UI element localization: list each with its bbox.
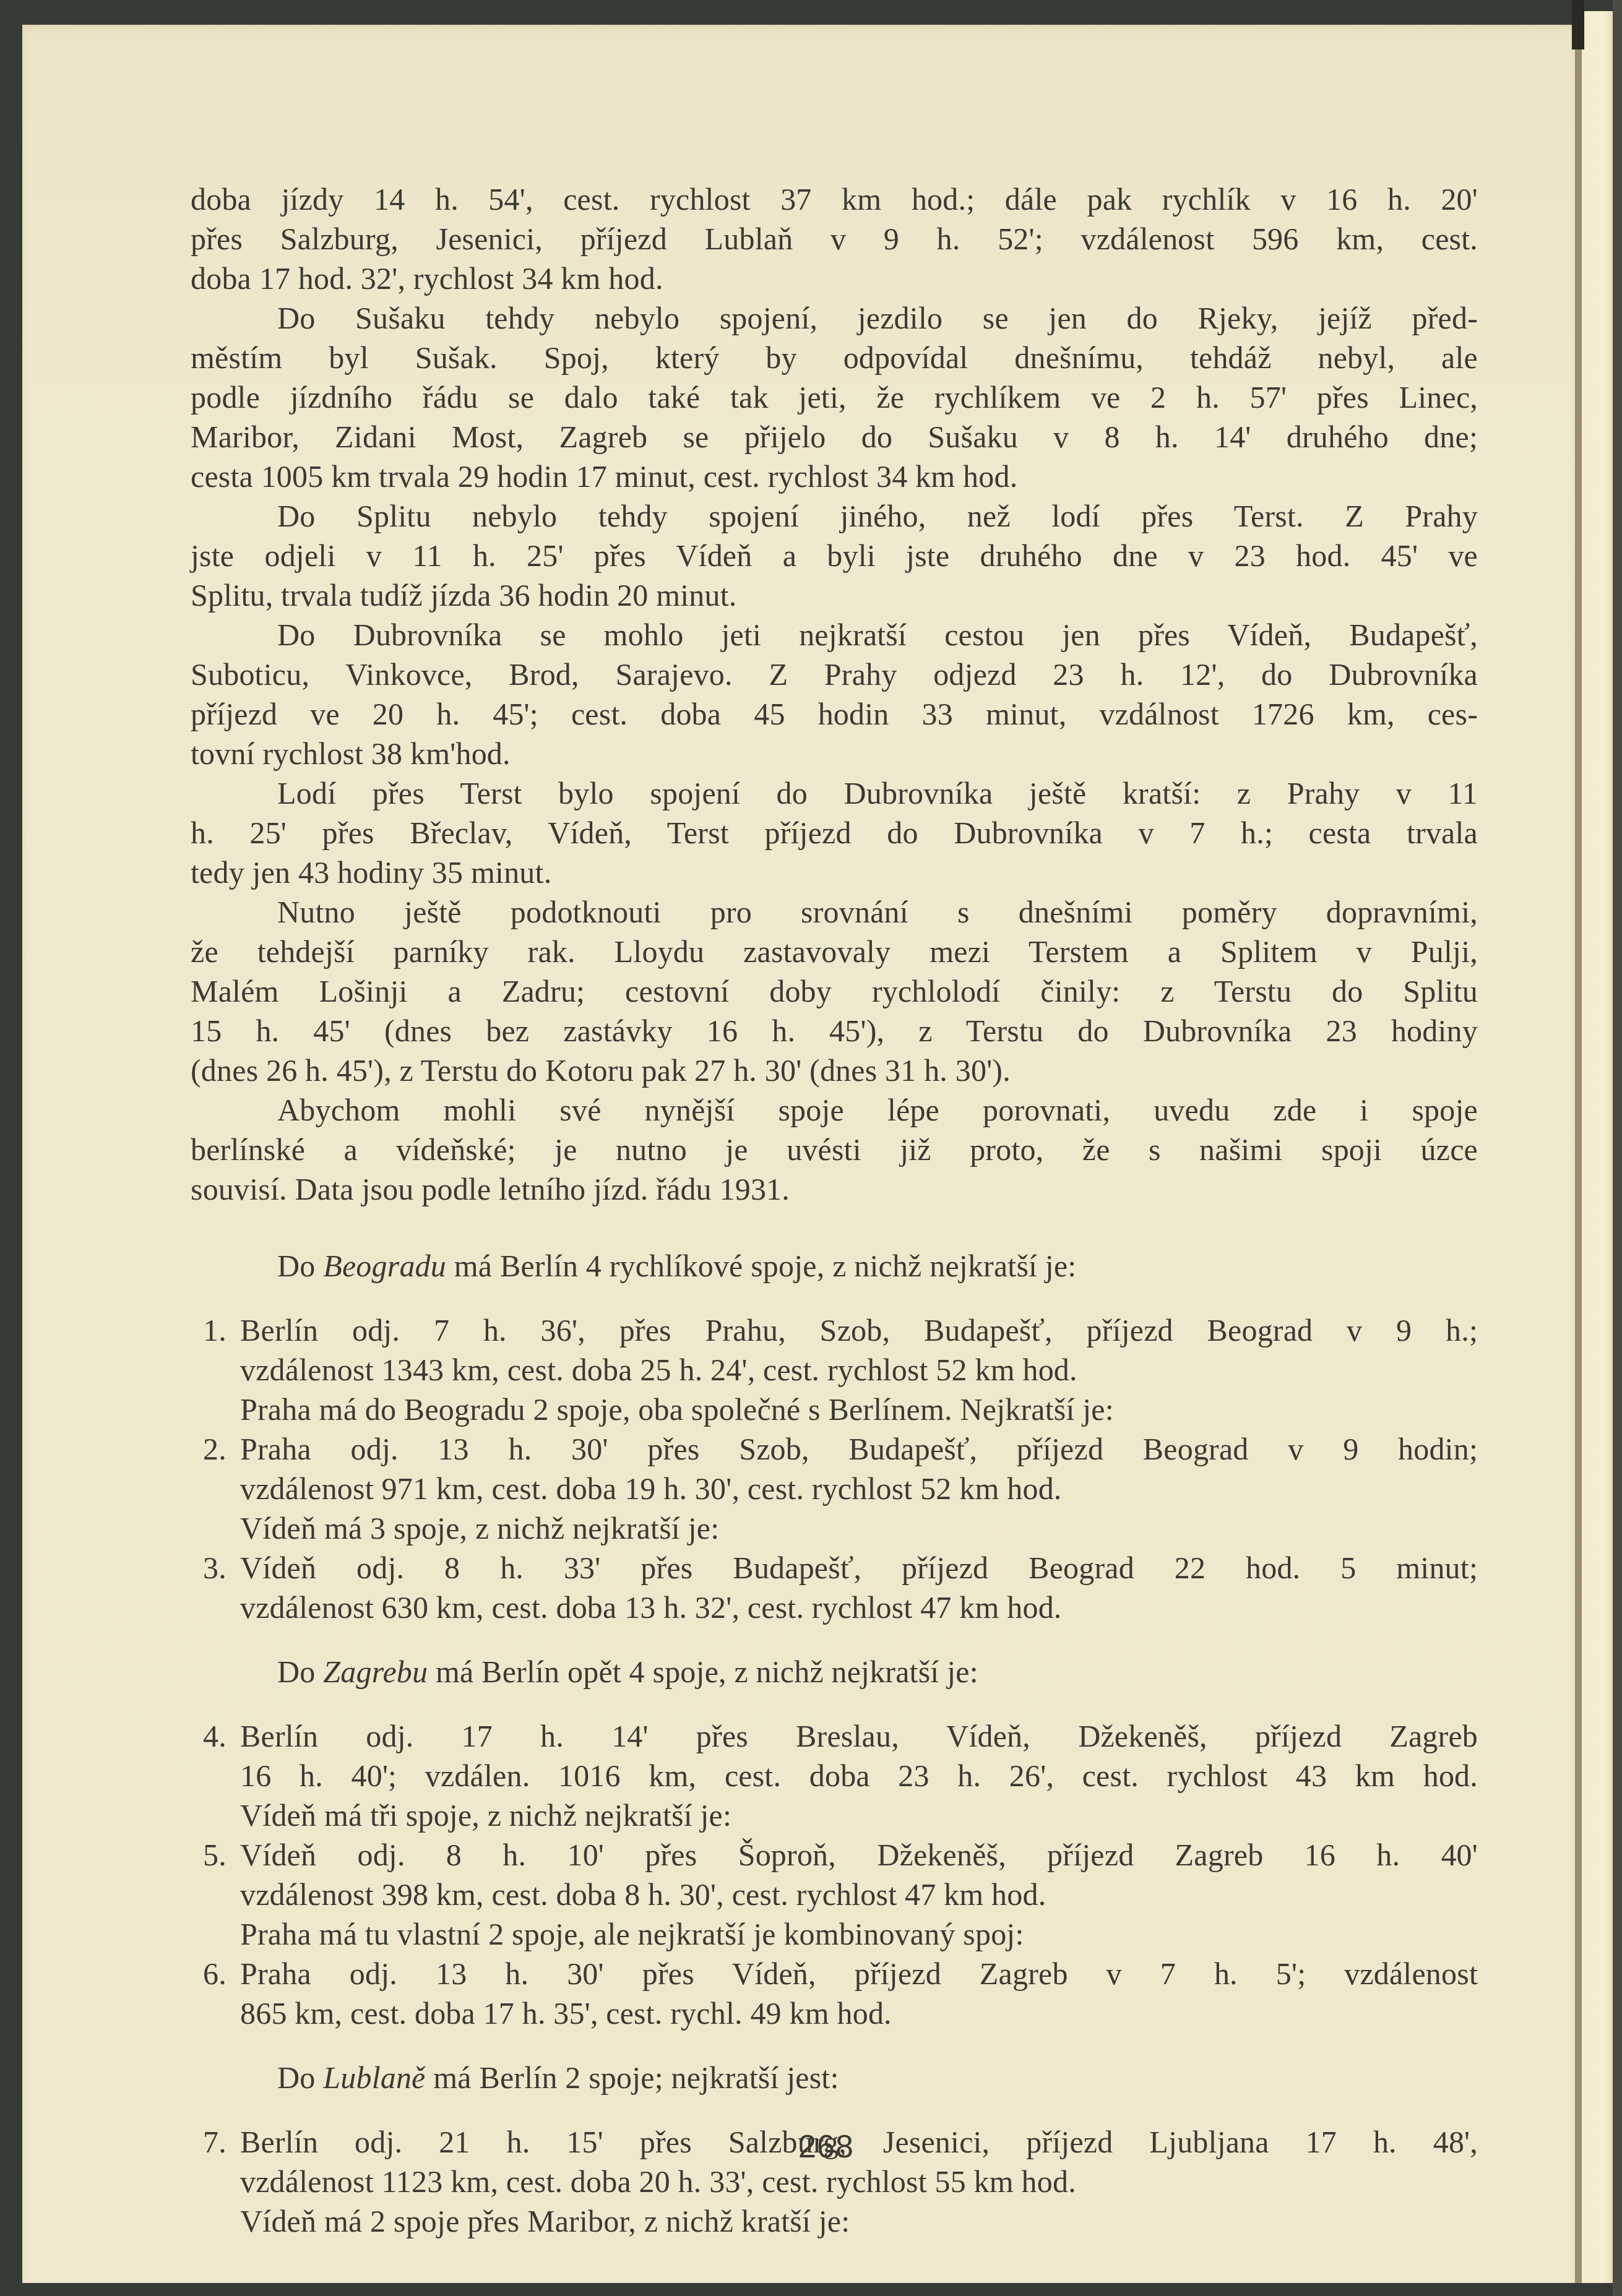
text-line: Berlín odj. 7 h. 36', přes Prahu, Szob, …: [240, 1310, 1478, 1350]
section-heading: Do Lublaně má Berlín 2 spoje; nejkratší …: [191, 2058, 1478, 2097]
list-item: 1. Berlín odj. 7 h. 36', přes Prahu, Szo…: [191, 1310, 1478, 1429]
text-line: vzdálenost 971 km, cest. doba 19 h. 30',…: [240, 1469, 1478, 1508]
page-number: 268: [786, 2128, 866, 2165]
item-note: Vídeň má 3 spoje, z nichž nejkratší je:: [240, 1508, 1478, 1548]
spacer: [191, 2097, 1478, 2122]
section-beograd: Do Beogradu má Berlín 4 rychlíkové spoje…: [191, 1246, 1478, 1627]
paragraph: Lodí přes Terst bylo spojení do Dubrovní…: [191, 773, 1478, 892]
item-number: 5.: [203, 1835, 226, 1875]
item-number: 2.: [203, 1429, 226, 1469]
binding-gutter-line: [1575, 49, 1582, 2283]
text-line: Vídeň odj. 8 h. 10' přes Šoproň, Džekeně…: [240, 1835, 1478, 1875]
text-line: že tehdejší parníky rak. Lloydu zastavov…: [191, 932, 1478, 971]
text-line: berlínské a vídeňské; je nutno je uvésti…: [191, 1130, 1478, 1169]
text-line: 16 h. 40'; vzdálen. 1016 km, cest. doba …: [240, 1756, 1478, 1795]
paragraph: doba jízdy 14 h. 54', cest. rychlost 37 …: [191, 179, 1478, 298]
text-line: 15 h. 45' (dnes bez zastávky 16 h. 45'),…: [191, 1011, 1478, 1051]
page-body: doba jízdy 14 h. 54', cest. rychlost 37 …: [191, 179, 1478, 2241]
text-line: podle jízdního řádu se dalo také tak jet…: [191, 377, 1478, 417]
list-item: 4. Berlín odj. 17 h. 14' přes Breslau, V…: [191, 1716, 1478, 1835]
spacer: [191, 1627, 1478, 1652]
next-page-edge: [1582, 11, 1613, 2283]
text-line: doba jízdy 14 h. 54', cest. rychlost 37 …: [191, 179, 1478, 219]
text-line: souvisí. Data jsou podle letního jízd. ř…: [191, 1169, 1478, 1209]
text-line: doba 17 hod. 32', rychlost 34 km hod.: [191, 259, 1478, 298]
text-line: příjezd ve 20 h. 45'; cest. doba 45 hodi…: [191, 694, 1478, 734]
text-line: Do Dubrovníka se mohlo jeti nejkratší ce…: [191, 615, 1478, 655]
text-line: Berlín odj. 17 h. 14' přes Breslau, Víde…: [240, 1716, 1478, 1756]
item-number: 1.: [203, 1310, 226, 1350]
list-item: 6. Praha odj. 13 h. 30' přes Vídeň, příj…: [191, 1954, 1478, 2033]
paragraph: Do Dubrovníka se mohlo jeti nejkratší ce…: [191, 615, 1478, 773]
text-line: h. 25' přes Břeclav, Vídeň, Terst příjez…: [191, 813, 1478, 853]
text-line: přes Salzburg, Jesenici, příjezd Lublaň …: [191, 219, 1478, 259]
item-note: Vídeň má 2 spoje přes Maribor, z nichž k…: [240, 2201, 1478, 2241]
heading-text: má Berlín 2 spoje; nejkratší jest:: [426, 2060, 839, 2095]
item-note: Praha má tu vlastní 2 spoje, ale nejkrat…: [240, 1914, 1478, 1954]
heading-destination: Beogradu: [323, 1249, 446, 1283]
section-zagreb: Do Zagrebu má Berlín opět 4 spoje, z nic…: [191, 1652, 1478, 2033]
text-line: vzdálenost 1343 km, cest. doba 25 h. 24'…: [240, 1350, 1478, 1390]
heading-text: má Berlín opět 4 spoje, z nichž nejkratš…: [428, 1654, 978, 1689]
list-item: 2. Praha odj. 13 h. 30' přes Szob, Budap…: [191, 1429, 1478, 1548]
paragraph: Nutno ještě podotknouti pro srovnání s d…: [191, 892, 1478, 1090]
binding-top-shadow: [1572, 0, 1584, 49]
section-heading: Do Beogradu má Berlín 4 rychlíkové spoje…: [191, 1246, 1478, 1286]
heading-text: Do: [277, 1654, 323, 1689]
item-note: Praha má do Beogradu 2 spoje, oba společ…: [240, 1390, 1478, 1429]
item-number: 7.: [203, 2122, 226, 2162]
heading-text: Do: [277, 1249, 323, 1283]
text-line: vzdálenost 630 km, cest. doba 13 h. 32',…: [240, 1588, 1478, 1627]
text-line: Do Splitu nebylo tehdy spojení jiného, n…: [191, 496, 1478, 536]
item-note: Vídeň má tři spoje, z nichž nejkratší je…: [240, 1795, 1478, 1835]
text-line: jste odjeli v 11 h. 25' přes Vídeň a byl…: [191, 536, 1478, 575]
spacer: [191, 1286, 1478, 1310]
item-number: 3.: [203, 1548, 226, 1588]
text-line: Abychom mohli své nynější spoje lépe por…: [191, 1090, 1478, 1130]
list-item: 5. Vídeň odj. 8 h. 10' přes Šoproň, Džek…: [191, 1835, 1478, 1954]
text-line: Vídeň odj. 8 h. 33' přes Budapešť, příje…: [240, 1548, 1478, 1588]
paragraph: Abychom mohli své nynější spoje lépe por…: [191, 1090, 1478, 1209]
paragraph: Do Splitu nebylo tehdy spojení jiného, n…: [191, 496, 1478, 615]
text-line: Nutno ještě podotknouti pro srovnání s d…: [191, 892, 1478, 932]
text-line: 865 km, cest. doba 17 h. 35', cest. rych…: [240, 1993, 1478, 2033]
item-number: 4.: [203, 1716, 226, 1756]
text-line: (dnes 26 h. 45'), z Terstu do Kotoru pak…: [191, 1051, 1478, 1090]
paragraph: Do Sušaku tehdy nebylo spojení, jezdilo …: [191, 298, 1478, 496]
text-line: městím byl Sušak. Spoj, který by odpovíd…: [191, 338, 1478, 377]
spacer: [191, 1209, 1478, 1246]
heading-destination: Lublaně: [323, 2060, 425, 2095]
text-line: cesta 1005 km trvala 29 hodin 17 minut, …: [191, 457, 1478, 496]
heading-destination: Zagrebu: [323, 1654, 428, 1689]
heading-text: Do: [277, 2060, 323, 2095]
scan-frame-right: [1613, 0, 1622, 2296]
spacer: [191, 2033, 1478, 2058]
section-heading: Do Zagrebu má Berlín opět 4 spoje, z nic…: [191, 1652, 1478, 1692]
text-line: tovní rychlost 38 km'hod.: [191, 734, 1478, 773]
spacer: [191, 1692, 1478, 1716]
text-line: Suboticu, Vinkovce, Brod, Sarajevo. Z Pr…: [191, 655, 1478, 694]
heading-text: má Berlín 4 rychlíkové spoje, z nichž ne…: [446, 1249, 1076, 1283]
text-line: Lodí přes Terst bylo spojení do Dubrovní…: [191, 773, 1478, 813]
list-item: 3. Vídeň odj. 8 h. 33' přes Budapešť, př…: [191, 1548, 1478, 1627]
text-line: vzdálenost 1123 km, cest. doba 20 h. 33'…: [240, 2162, 1478, 2201]
text-line: Do Sušaku tehdy nebylo spojení, jezdilo …: [191, 298, 1478, 338]
text-line: Praha odj. 13 h. 30' přes Vídeň, příjezd…: [240, 1954, 1478, 1993]
text-line: Splitu, trvala tudíž jízda 36 hodin 20 m…: [191, 575, 1478, 615]
text-line: tedy jen 43 hodiny 35 minut.: [191, 853, 1478, 892]
text-line: Malém Lošinji a Zadru; cestovní doby ryc…: [191, 971, 1478, 1011]
text-line: Praha odj. 13 h. 30' přes Szob, Budapešť…: [240, 1429, 1478, 1469]
text-line: Maribor, Zidani Most, Zagreb se přijelo …: [191, 417, 1478, 457]
item-number: 6.: [203, 1954, 226, 1993]
text-line: vzdálenost 398 km, cest. doba 8 h. 30', …: [240, 1875, 1478, 1914]
